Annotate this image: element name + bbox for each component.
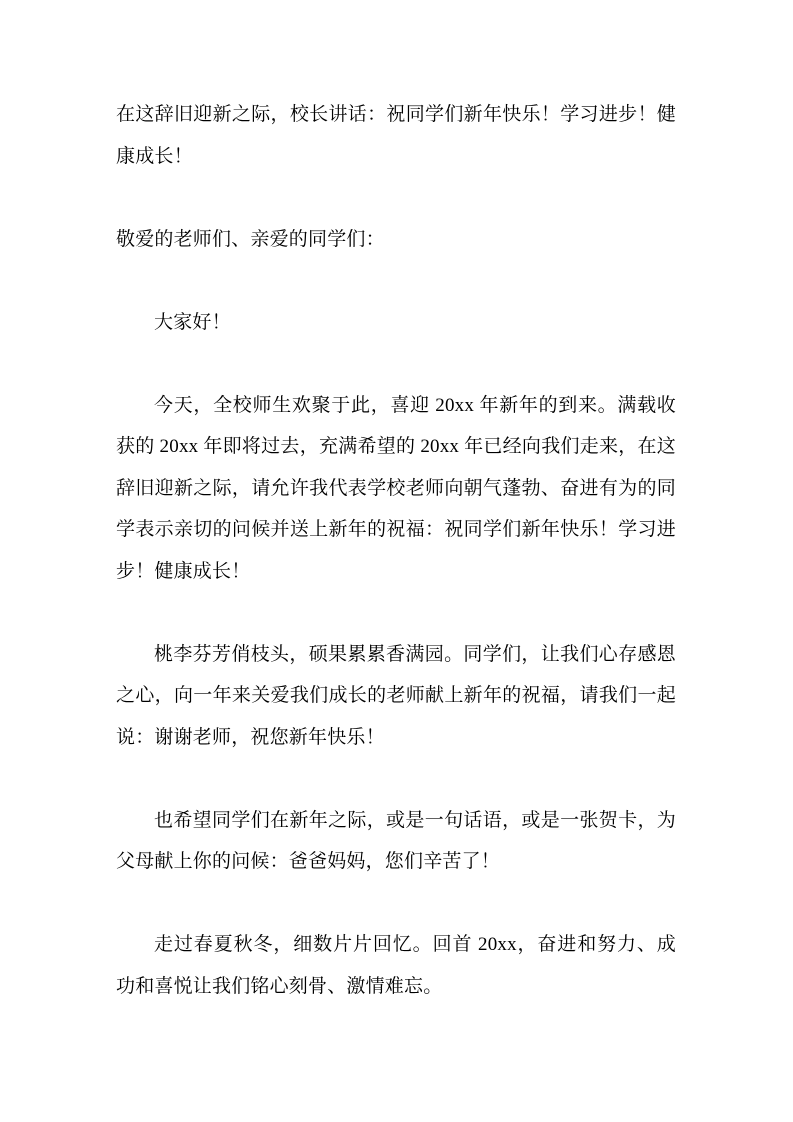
paragraph-intro: 在这辞旧迎新之际，校长讲话：祝同学们新年快乐！学习进步！健康成长！ <box>116 94 676 177</box>
paragraph-body-2: 桃李芬芳俏枝头，硕果累累香满园。同学们，让我们心存感恩之心，向一年来关爱我们成长… <box>116 634 676 759</box>
paragraph-body-3: 也希望同学们在新年之际，或是一句话语，或是一张贺卡，为父母献上你的问候：爸爸妈妈… <box>116 800 676 883</box>
paragraph-salutation: 敬爱的老师们、亲爱的同学们： <box>116 219 676 261</box>
paragraph-body-4: 走过春夏秋冬，细数片片回忆。回首 20xx，奋进和努力、成功和喜悦让我们铭心刻骨… <box>116 924 676 1007</box>
document-page: 在这辞旧迎新之际，校长讲话：祝同学们新年快乐！学习进步！健康成长！ 敬爱的老师们… <box>0 0 793 1122</box>
paragraph-greeting: 大家好！ <box>116 302 676 344</box>
paragraph-body-1: 今天，全校师生欢聚于此，喜迎 20xx 年新年的到来。满载收获的 20xx 年即… <box>116 385 676 593</box>
document-body: 在这辞旧迎新之际，校长讲话：祝同学们新年快乐！学习进步！健康成长！ 敬爱的老师们… <box>116 94 676 1007</box>
